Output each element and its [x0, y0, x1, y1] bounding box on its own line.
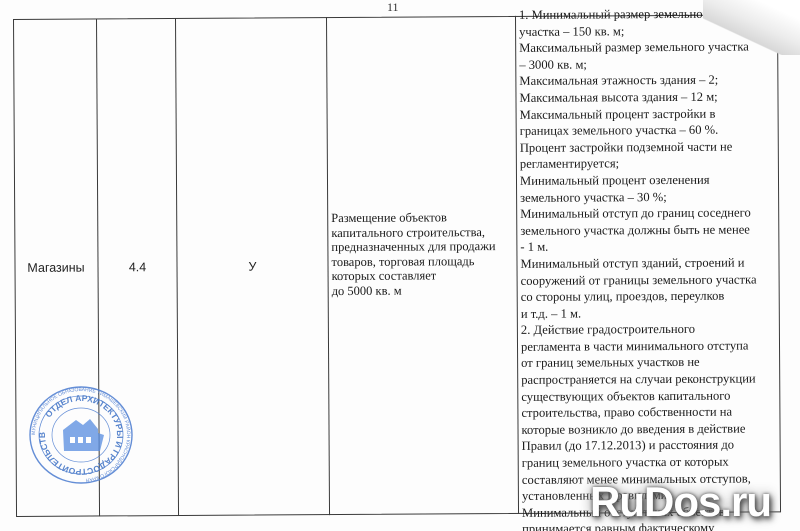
zone-type: У: [177, 259, 327, 274]
use-description: Размещение объектов капитального строите…: [331, 210, 515, 298]
official-stamp-icon: МУНИЦИПАЛЬНОЕ ОБРАЗОВАНИЕ ТИМАШЕВСКИЙ РА…: [28, 385, 134, 485]
cell-zone-type: У: [175, 17, 329, 516]
use-type-code: 4.4: [98, 260, 176, 274]
cell-description: Размещение объектов капитального строите…: [326, 16, 518, 515]
construction-parameters: 1. Минимальный размер земельного участка…: [519, 5, 779, 531]
use-type-name: Магазины: [14, 260, 97, 275]
watermark-logo: RuDos.ru: [590, 481, 771, 523]
document-page: 11 Магазины 4.4 У Размещение объектов ка…: [0, 0, 800, 531]
page-number: 11: [387, 0, 399, 15]
cell-parameters: 1. Минимальный размер земельного участка…: [515, 14, 781, 514]
